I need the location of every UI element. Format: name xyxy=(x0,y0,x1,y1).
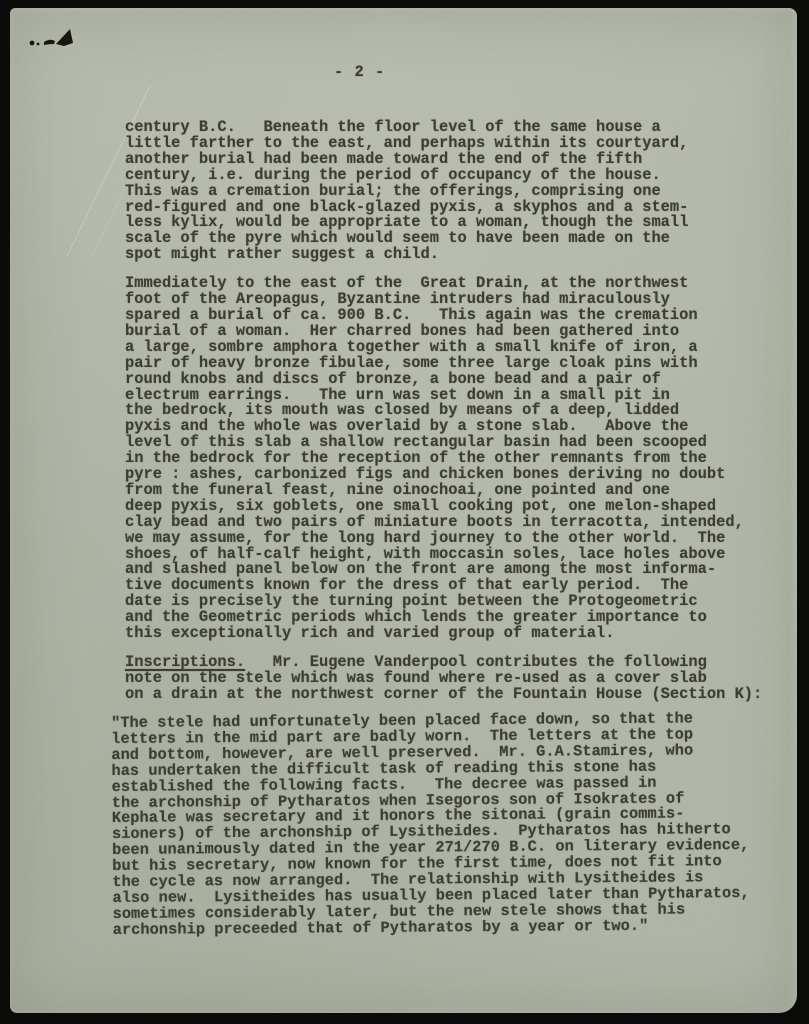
section-heading-inscriptions: Inscriptions. xyxy=(125,653,245,671)
page-body: century B.C. Beneath the floor level of … xyxy=(125,120,790,951)
paragraph-inscriptions: Inscriptions. Mr. Eugene Vanderpool cont… xyxy=(125,655,790,703)
ink-mark xyxy=(26,24,82,52)
page-number: - 2 - xyxy=(334,63,385,81)
paragraph-stele-quote: "The stele had unfortunately been placed… xyxy=(111,710,778,938)
paragraph-great-drain-burial: Immediately to the east of the Great Dra… xyxy=(125,276,790,642)
paragraph-cremation-burial: century B.C. Beneath the floor level of … xyxy=(125,120,790,263)
scan-background: - 2 - century B.C. Beneath the floor lev… xyxy=(0,0,809,1024)
document-page: - 2 - century B.C. Beneath the floor lev… xyxy=(10,8,797,1013)
